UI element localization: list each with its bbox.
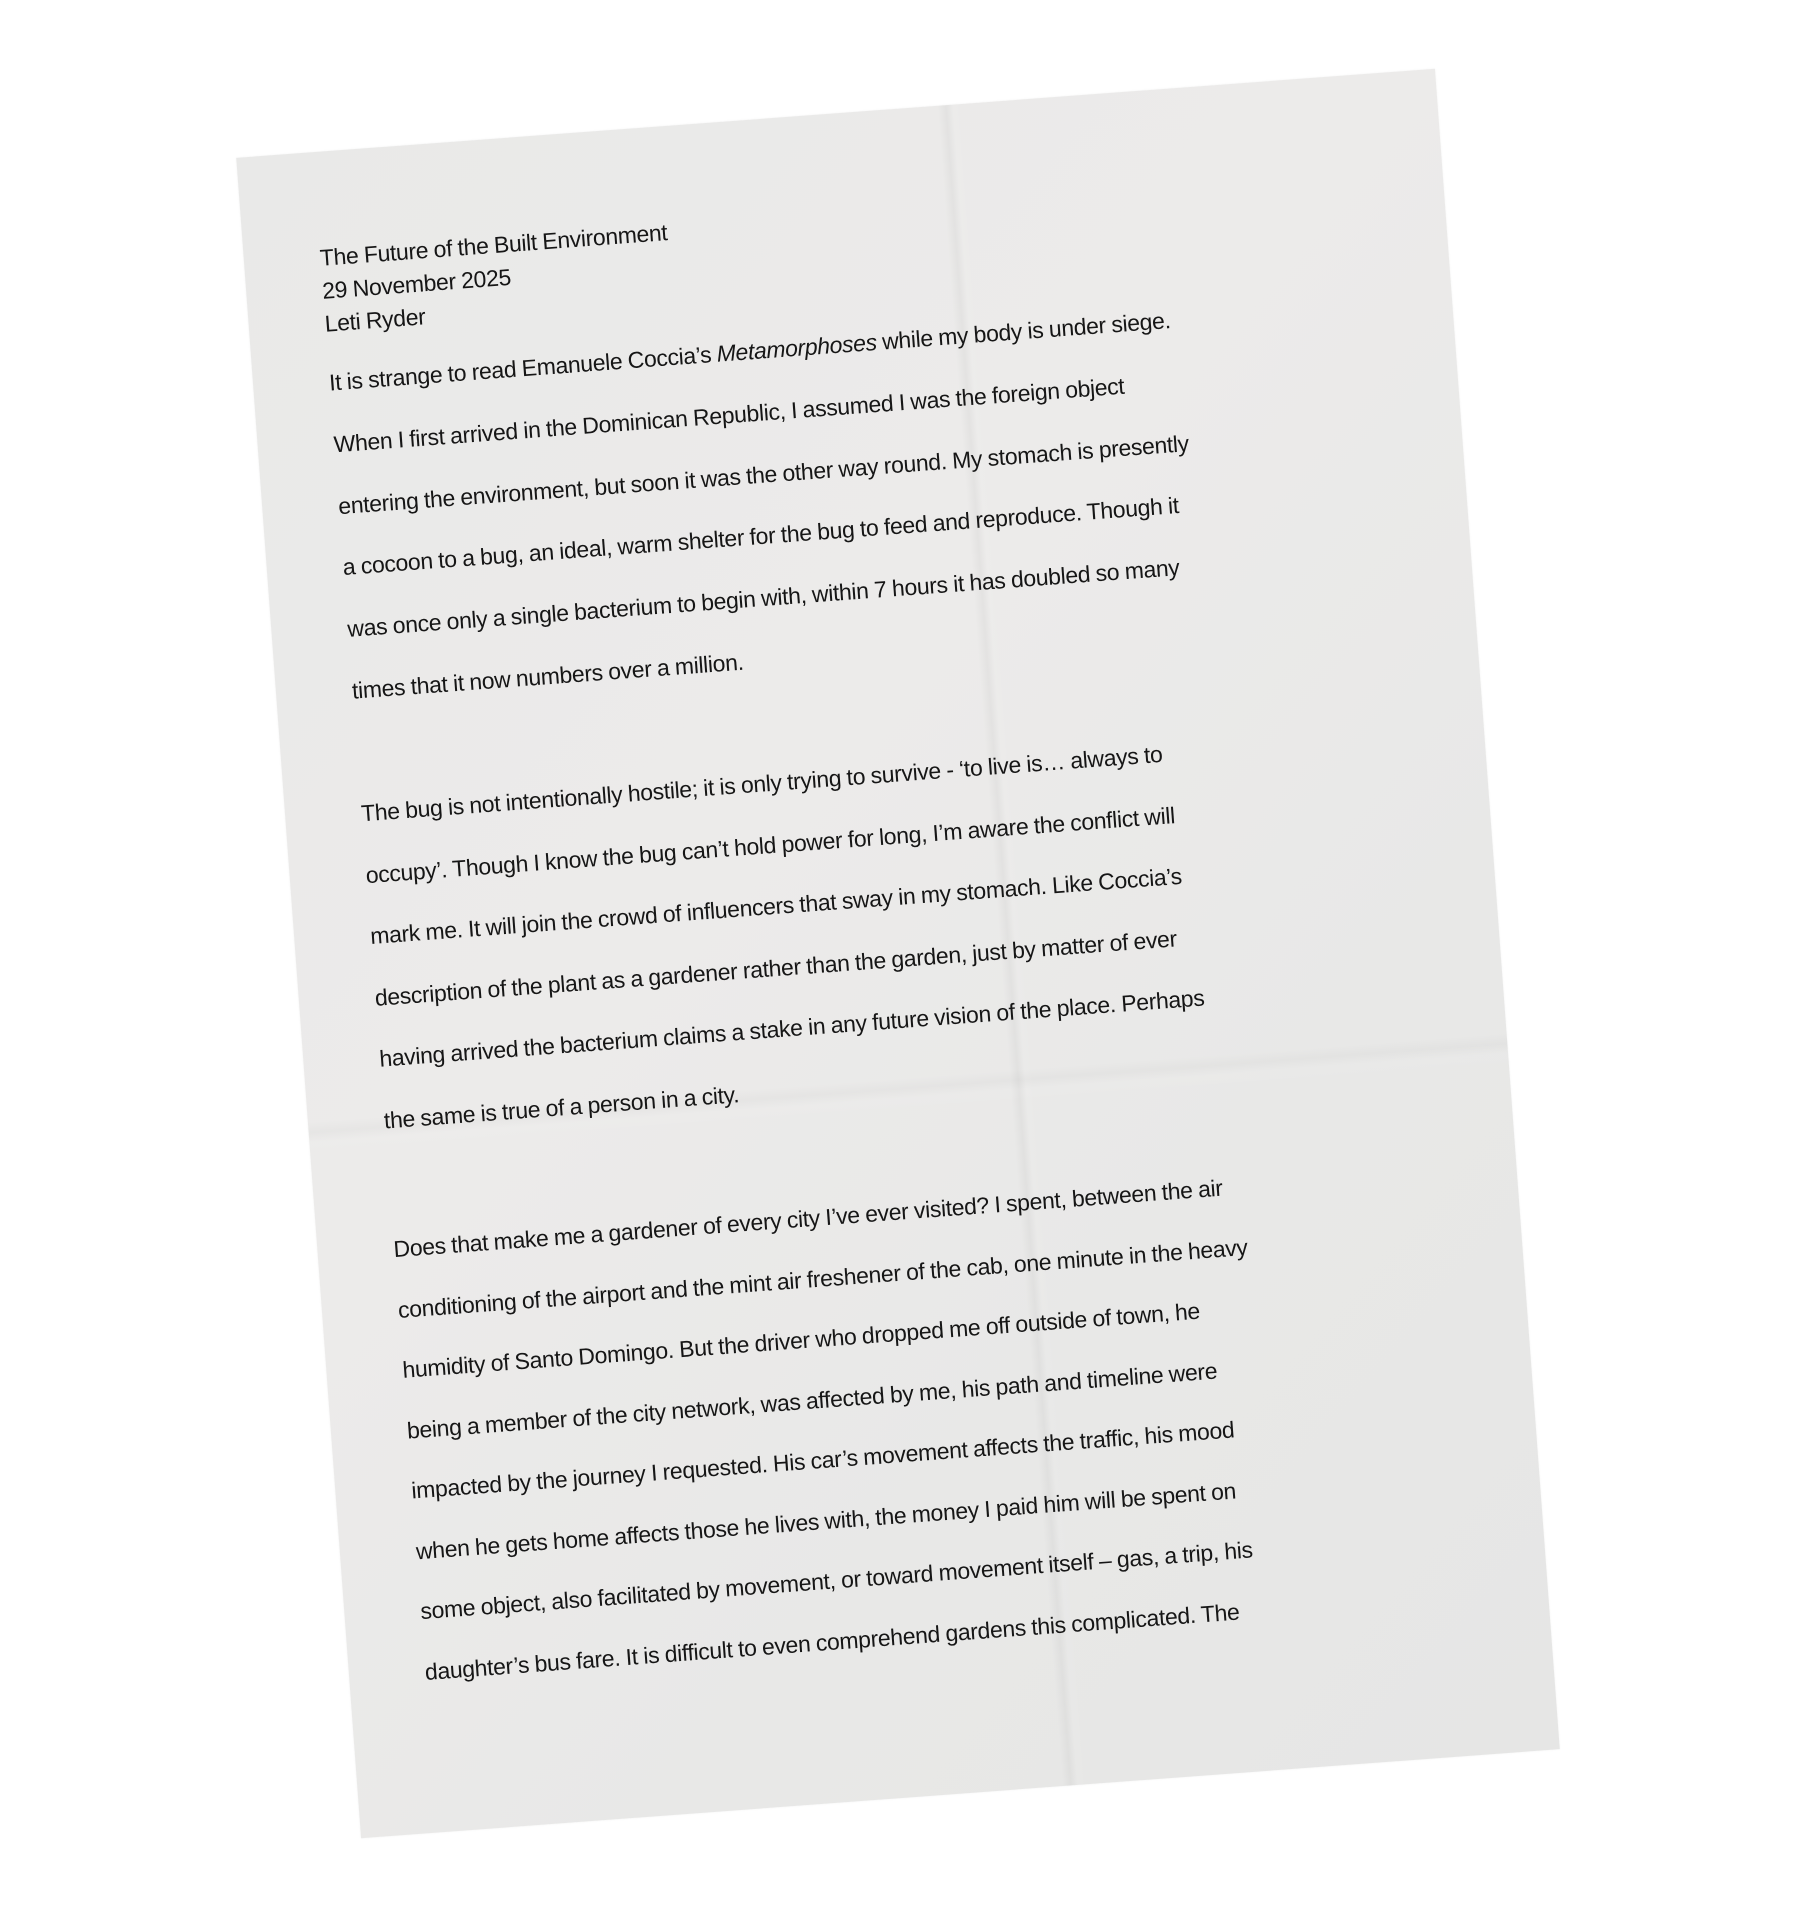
paper-sheet: The Future of the Built Environment 29 N… xyxy=(236,68,1560,1837)
paragraph-2: The bug is not intentionally hostile; it… xyxy=(359,704,1449,1152)
paragraph-1: It is strange to read Emanuele Coccia’s … xyxy=(327,273,1418,722)
text-run: It is strange to read Emanuele Coccia’s xyxy=(328,340,717,395)
book-title: Metamorphoses xyxy=(716,328,878,366)
text-run: while my body is under siege. xyxy=(876,307,1172,355)
paragraph-3: Does that make me a gardener of every ci… xyxy=(391,1140,1490,1702)
